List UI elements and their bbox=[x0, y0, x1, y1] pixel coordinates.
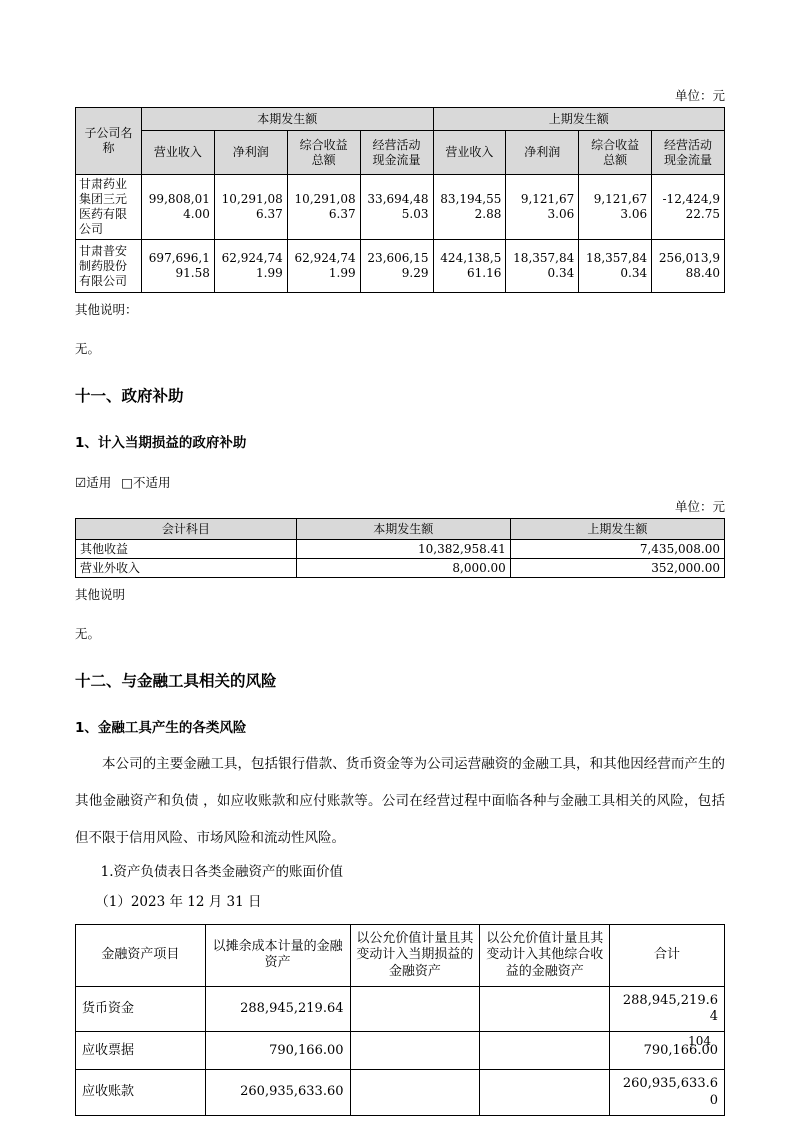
not-applicable-label: 不适用 bbox=[133, 475, 171, 490]
numeric-cell: 352,000.00 bbox=[510, 559, 724, 578]
unit-label: 单位：元 bbox=[75, 86, 725, 104]
section-11-heading: 十一、政府补助 bbox=[75, 384, 725, 406]
numeric-cell: 260,935,633.60 bbox=[205, 1070, 350, 1116]
asset-item-cell: 应收账款 bbox=[76, 1070, 206, 1116]
list-item-balance-date: （1）2023 年 12 月 31 日 bbox=[75, 887, 725, 917]
numeric-cell: 83,194,552.88 bbox=[433, 175, 506, 240]
numeric-cell: -12,424,922.75 bbox=[652, 175, 725, 240]
table-row: 应收票据 790,166.00 790,166.00 bbox=[76, 1032, 725, 1070]
column-header-revenue: 营业收入 bbox=[142, 131, 215, 175]
column-header-asset-item: 金融资产项目 bbox=[76, 925, 206, 987]
document-page: 单位：元 子公司名称 本期发生额 上期发生额 营业收入 净利润 综合收益总额 经… bbox=[0, 0, 793, 1122]
other-notes-label: 其他说明： bbox=[75, 300, 725, 318]
table-row: 其他收益 10,382,958.41 7,435,008.00 bbox=[76, 540, 725, 559]
numeric-cell: 62,924,741.99 bbox=[287, 240, 360, 293]
table-subheader-row: 营业收入 净利润 综合收益总额 经营活动现金流量 营业收入 净利润 综合收益总额… bbox=[76, 131, 725, 175]
column-header-operating-cash-flow: 经营活动现金流量 bbox=[652, 131, 725, 175]
empty-cell bbox=[480, 1070, 610, 1116]
column-header-prior-amount: 上期发生额 bbox=[510, 519, 724, 540]
checkbox-checked-icon: ☑ bbox=[75, 475, 86, 490]
column-header-subsidiary-name: 子公司名称 bbox=[76, 108, 142, 175]
numeric-cell: 33,694,485.03 bbox=[360, 175, 433, 240]
column-group-current-period: 本期发生额 bbox=[142, 108, 434, 131]
column-group-prior-period: 上期发生额 bbox=[433, 108, 725, 131]
numeric-cell: 62,924,741.99 bbox=[214, 240, 287, 293]
unit-label: 单位：元 bbox=[75, 497, 725, 515]
table-header-row: 子公司名称 本期发生额 上期发生额 bbox=[76, 108, 725, 131]
numeric-cell: 9,121,673.06 bbox=[579, 175, 652, 240]
financial-instruments-paragraph: 本公司的主要金融工具，包括银行借款、货币资金等为公司运营融资的金融工具，和其他因… bbox=[75, 746, 725, 857]
table-header-row: 会计科目 本期发生额 上期发生额 bbox=[76, 519, 725, 540]
column-header-operating-cash-flow: 经营活动现金流量 bbox=[360, 131, 433, 175]
not-applicable-checkbox: □不适用 bbox=[121, 475, 170, 490]
accounting-item-cell: 其他收益 bbox=[76, 540, 297, 559]
column-header-net-profit: 净利润 bbox=[214, 131, 287, 175]
numeric-cell: 288,945,219.64 bbox=[610, 986, 725, 1032]
numeric-cell: 10,291,086.37 bbox=[287, 175, 360, 240]
numeric-cell: 256,013,988.40 bbox=[652, 240, 725, 293]
applicable-label: 适用 bbox=[86, 475, 111, 490]
column-header-comprehensive-income: 综合收益总额 bbox=[579, 131, 652, 175]
other-notes-value: 无。 bbox=[75, 339, 725, 357]
numeric-cell: 790,166.00 bbox=[205, 1032, 350, 1070]
page-number: 104 bbox=[688, 1034, 711, 1048]
subsidiary-name-cell: 甘肃药业集团三元医药有限公司 bbox=[76, 175, 142, 240]
accounting-item-cell: 营业外收入 bbox=[76, 559, 297, 578]
column-header-net-profit: 净利润 bbox=[506, 131, 579, 175]
table-row: 营业外收入 8,000.00 352,000.00 bbox=[76, 559, 725, 578]
empty-cell bbox=[480, 986, 610, 1032]
numeric-cell: 9,121,673.06 bbox=[506, 175, 579, 240]
column-header-comprehensive-income: 综合收益总额 bbox=[287, 131, 360, 175]
asset-item-cell: 货币资金 bbox=[76, 986, 206, 1032]
table-row: 货币资金 288,945,219.64 288,945,219.64 bbox=[76, 986, 725, 1032]
other-notes-label: 其他说明 bbox=[75, 585, 725, 603]
table-row: 甘肃普安制药股份有限公司 697,696,191.58 62,924,741.9… bbox=[76, 240, 725, 293]
numeric-cell: 10,382,958.41 bbox=[296, 540, 510, 559]
numeric-cell: 697,696,191.58 bbox=[142, 240, 215, 293]
asset-item-cell: 应收票据 bbox=[76, 1032, 206, 1070]
section-11-sub-heading: 1、计入当期损益的政府补助 bbox=[75, 431, 725, 451]
section-12-heading: 十二、与金融工具相关的风险 bbox=[75, 669, 725, 691]
column-header-accounting-item: 会计科目 bbox=[76, 519, 297, 540]
section-12-sub-heading: 1、金融工具产生的各类风险 bbox=[75, 716, 725, 736]
other-notes-value: 无。 bbox=[75, 624, 725, 642]
financial-assets-table: 金融资产项目 以摊余成本计量的金融资产 以公允价值计量且其变动计入当期损益的金融… bbox=[75, 924, 725, 1116]
government-subsidy-table: 会计科目 本期发生额 上期发生额 其他收益 10,382,958.41 7,43… bbox=[75, 518, 725, 578]
applicability-row: ☑适用□不适用 bbox=[75, 473, 725, 491]
numeric-cell: 18,357,840.34 bbox=[506, 240, 579, 293]
list-item-carrying-value: 1.资产负债表日各类金融资产的账面价值 bbox=[75, 857, 725, 887]
empty-cell bbox=[350, 986, 480, 1032]
table-row: 应收账款 260,935,633.60 260,935,633.60 bbox=[76, 1070, 725, 1116]
numeric-cell: 288,945,219.64 bbox=[205, 986, 350, 1032]
table-header-row: 金融资产项目 以摊余成本计量的金融资产 以公允价值计量且其变动计入当期损益的金融… bbox=[76, 925, 725, 987]
numeric-cell: 260,935,633.60 bbox=[610, 1070, 725, 1116]
numeric-cell: 18,357,840.34 bbox=[579, 240, 652, 293]
column-header-total: 合计 bbox=[610, 925, 725, 987]
empty-cell bbox=[350, 1032, 480, 1070]
numeric-cell: 10,291,086.37 bbox=[214, 175, 287, 240]
column-header-current-amount: 本期发生额 bbox=[296, 519, 510, 540]
empty-cell bbox=[350, 1070, 480, 1116]
column-header-amortized-cost: 以摊余成本计量的金融资产 bbox=[205, 925, 350, 987]
checkbox-unchecked-icon: □ bbox=[121, 475, 133, 490]
column-header-fvtpl: 以公允价值计量且其变动计入当期损益的金融资产 bbox=[350, 925, 480, 987]
table-row: 甘肃药业集团三元医药有限公司 99,808,014.00 10,291,086.… bbox=[76, 175, 725, 240]
applicable-checkbox: ☑适用 bbox=[75, 475, 111, 490]
column-header-fvoci: 以公允价值计量且其变动计入其他综合收益的金融资产 bbox=[480, 925, 610, 987]
subsidiary-name-cell: 甘肃普安制药股份有限公司 bbox=[76, 240, 142, 293]
numeric-cell: 424,138,561.16 bbox=[433, 240, 506, 293]
numeric-cell: 99,808,014.00 bbox=[142, 175, 215, 240]
empty-cell bbox=[480, 1032, 610, 1070]
subsidiary-financials-table: 子公司名称 本期发生额 上期发生额 营业收入 净利润 综合收益总额 经营活动现金… bbox=[75, 107, 725, 293]
numeric-cell: 7,435,008.00 bbox=[510, 540, 724, 559]
numeric-cell: 8,000.00 bbox=[296, 559, 510, 578]
column-header-revenue: 营业收入 bbox=[433, 131, 506, 175]
numeric-cell: 23,606,159.29 bbox=[360, 240, 433, 293]
